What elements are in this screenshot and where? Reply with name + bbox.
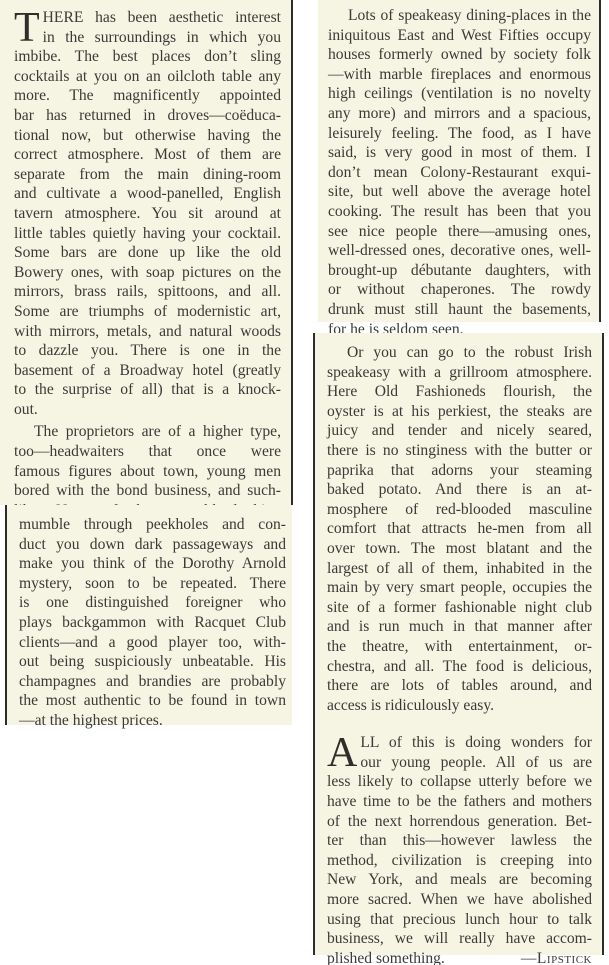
text-line: with mirrors, metals, and natural woods	[14, 322, 281, 342]
text-line: mystery, soon to be repeated. There	[19, 574, 286, 594]
text-line: don’t mean Colony-Restaurant exqui-	[328, 163, 591, 183]
text-line: the most authentic to be found in town	[19, 691, 286, 711]
text-line: have time to be the fathers and mothers	[327, 792, 592, 812]
text-line: high ceilings (ventilation is no novelty	[328, 84, 591, 104]
text-line: tavern atmosphere. You sit around at	[14, 204, 281, 224]
text-line: HERE has been aesthetic interest	[14, 8, 281, 28]
closing-line: plished something. —Lipstick	[327, 949, 592, 965]
text-line: the theatre, with entertainment, or-	[327, 637, 592, 657]
text-line: New York, and meals are becoming	[327, 870, 592, 890]
text-line: separate from the main dining-room	[14, 165, 281, 185]
text-line: leisurely feeling. The food, as I have	[328, 124, 591, 144]
text-line: tional now, but otherwise having the	[14, 126, 281, 146]
text-line: baked potato. And there is an at-	[327, 480, 592, 500]
text-line: champagnes and brandies are probably	[19, 672, 286, 692]
text-line: Bowery ones, with soap pictures on the	[14, 263, 281, 283]
clipping-panel-left-bottom: mumble through peekholes and con- duct y…	[5, 505, 292, 725]
text-line: or without chaperones. The rowdy	[328, 280, 591, 300]
clipping-panel-left-top: T HERE has been aesthetic interest in th…	[0, 0, 293, 505]
text-line: clients—and a good player too, with-	[19, 633, 286, 653]
text-line: Some are triumphs of modernistic art,	[14, 302, 281, 322]
paragraph-continuation: mumble through peekholes and con- duct y…	[19, 515, 286, 731]
text-line: iniquitous East and West Fifties occupy	[328, 26, 591, 46]
clipping-panel-right-top: Lots of speakeasy dining-places in the i…	[318, 0, 601, 322]
text-line: and is run much in that manner after	[327, 617, 592, 637]
text-line: largest of all of them, inhabited in the	[327, 559, 592, 579]
text-line: to dazzle you. There is one in the	[14, 341, 281, 361]
drop-cap-a: A	[327, 736, 357, 770]
text-line: bored with the bond business, and such-	[14, 481, 281, 501]
text-line: Some bars are done up like the old	[14, 243, 281, 263]
text-line: oyster is at his perkiest, the steaks ar…	[327, 402, 592, 422]
text-line: duct you down dark passageways and	[19, 535, 286, 555]
text-line: famous figures about town, young men	[14, 462, 281, 482]
text-line: houses formerly owned by society folk	[328, 45, 591, 65]
text-line: too—headwaiters that once were	[14, 442, 281, 462]
text-line: access is ridiculously easy.	[327, 696, 592, 716]
text-line: is one distinguished foreigner who	[19, 593, 286, 613]
text-line: any more) and mirrors and a spacious,	[328, 104, 591, 124]
text-line: main by very smart people, occupies the	[327, 578, 592, 598]
clipping-panel-right-bottom: Or you can go to the robust Irish speake…	[313, 333, 604, 955]
text-line: over town. The most blatant and the	[327, 539, 592, 559]
text-line: Lots of speakeasy dining-places in the	[328, 6, 591, 26]
text-line: juicy and tender and nicely seared,	[327, 421, 592, 441]
text-line: more. The magnificently appointed	[14, 86, 281, 106]
text-line: see nice people there—amusing ones,	[328, 222, 591, 242]
text-line: —at the highest prices.	[19, 711, 286, 731]
text-line: plays backgammon with Racquet Club	[19, 613, 286, 633]
text-line: to the surprise of all) that is a knock-	[14, 380, 281, 400]
text-line: site of a former fashionable night club	[327, 598, 592, 618]
paragraph-all-of-this: A LL of this is doing wonders for our yo…	[327, 733, 592, 965]
text-line: brought-up débutante daughters, with	[328, 261, 591, 281]
text-line: Or you can go to the robust Irish	[327, 343, 592, 363]
text-line: correct atmosphere. Most of them are	[14, 145, 281, 165]
paragraph-irish-speakeasy: Or you can go to the robust Irish speake…	[327, 343, 592, 715]
text-line: using that precious lunch hour to talk	[327, 910, 592, 930]
text-line: basement of a Broadway hotel (greatly	[14, 361, 281, 381]
text-line: more sacred. When we have abolished	[327, 890, 592, 910]
text-line: out.	[14, 400, 281, 420]
text-line: —with marble fireplaces and enormous	[328, 65, 591, 85]
text-line: chestra, and all. The food is delicious,	[327, 657, 592, 677]
text-line: cocktails at you on an oilcloth table an…	[14, 67, 281, 87]
text-line: method, civilization is creeping into	[327, 851, 592, 871]
text-line: well-dressed ones, decorative ones, well…	[328, 241, 591, 261]
paragraph-there-has-been: T HERE has been aesthetic interest in th…	[14, 8, 281, 419]
text-line: plished something.	[327, 949, 445, 965]
paragraph-speakeasy-dining: Lots of speakeasy dining-places in the i…	[328, 6, 591, 339]
text-line: drunk must still haunt the basements,	[328, 300, 591, 320]
text-line: make you think of the Dorothy Arnold	[19, 554, 286, 574]
text-line: there are lots of tables around, and	[327, 676, 592, 696]
text-line: The proprietors are of a higher type,	[14, 422, 281, 442]
text-line: little tables quietly having your cockta…	[14, 224, 281, 244]
text-line: bar has returned in droves—coëduca-	[14, 106, 281, 126]
text-line: business, we will really have accom-	[327, 929, 592, 949]
section-gap	[327, 715, 592, 733]
author-signature: —Lipstick	[521, 949, 592, 965]
text-line: and cultivate a wood-panelled, English	[14, 184, 281, 204]
text-line: ter than this—however lawless the	[327, 831, 592, 851]
text-line: mumble through peekholes and con-	[19, 515, 286, 535]
text-line: imbibe. The best places don’t sling	[14, 47, 281, 67]
text-line: comfort that attracts he-men from all	[327, 519, 592, 539]
text-line: out being suspiciously unbeatable. His	[19, 652, 286, 672]
text-line: speakeasy with a grillroom atmosphere.	[327, 363, 592, 383]
text-line: cooking. The result has been that you	[328, 202, 591, 222]
text-line: site, but well above the average hotel	[328, 182, 591, 202]
text-line: mirrors, brass rails, spittoons, and all…	[14, 282, 281, 302]
text-line: mosphere of red-blooded masculine	[327, 500, 592, 520]
text-line: LL of this is doing wonders for	[327, 733, 592, 753]
text-line: paprika that adorns your steaming	[327, 461, 592, 481]
text-line: said, is very good in most of them. I	[328, 143, 591, 163]
text-line: our young people. All of us are	[327, 753, 592, 773]
text-line: of the next horrendous generation. Bet-	[327, 812, 592, 832]
drop-cap-t: T	[14, 11, 40, 45]
text-line: Here Old Fashioneds flourish, the	[327, 382, 592, 402]
text-line: less likely to collapse utterly before w…	[327, 772, 592, 792]
text-line: there is no stinginess with the butter o…	[327, 441, 592, 461]
text-line: in the surroundings in which you	[14, 28, 281, 48]
